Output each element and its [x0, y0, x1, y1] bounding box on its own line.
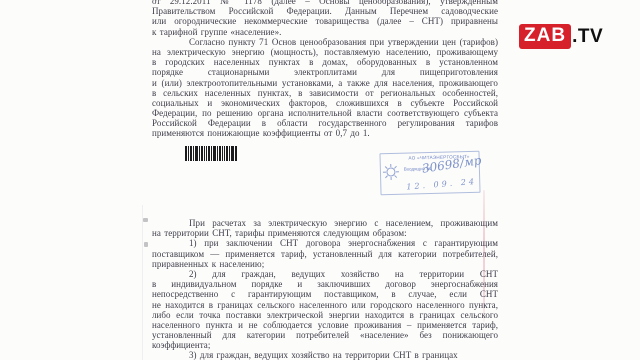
document-text-line: установленный для категории потребителей… [152, 330, 498, 340]
document-text-line: непосредственно с гарантирующим поставщи… [152, 289, 498, 299]
document-text-line: и (или) электроотопительными установками… [152, 78, 498, 88]
document-text-line: поставщиком — применяется тариф, установ… [152, 249, 498, 259]
document-text-line: При расчетах за электрическую энергию с … [152, 218, 498, 228]
document-text-line: в индивидуальном порядке и заключивших д… [152, 279, 498, 289]
document-text-line: применяются понижающие коэффициенты от 0… [152, 128, 498, 138]
document-text-line: Правительством Российской Федерации. Дан… [152, 6, 498, 16]
scan-artifact [143, 218, 148, 222]
document-text-line: или огороднические некоммерческие товари… [152, 16, 498, 26]
document-text-line: не находится в границах сельского населе… [152, 300, 498, 310]
document-text-line: в сельских населенных пунктах, в зависим… [152, 88, 498, 98]
document-text-line: социальных и экономических факторов, сло… [152, 98, 498, 108]
document-text-line: порядке стационарными электроплитами для… [152, 67, 498, 77]
page-edge [142, 205, 143, 360]
document-text-line: либо если точка поставки электрической э… [152, 310, 498, 320]
document-text-line: в городских населенных пунктах в домах, … [152, 57, 498, 67]
incoming-stamp: АО «ЧИТАЭНЕРГОСБЫТ» Входящий № 30698/мр … [379, 151, 480, 196]
document-text-line: населенного пункта и не соблюдается усло… [152, 320, 498, 330]
document-text-line: коэффициента; [152, 340, 498, 350]
stamp-emblem-icon [382, 163, 400, 181]
document-text-line: 1) при заключении СНТ договора энергосна… [152, 238, 498, 248]
document-text-line: на электрическую энергию (мощность), пос… [152, 47, 498, 57]
tv-frame: от 29.12.2011 № 1178 (далее – Основы цен… [0, 0, 640, 360]
document-text-line: Согласно пункту 71 Основ ценообразования… [152, 37, 498, 47]
document-text-line: приравненных к населению; [152, 259, 498, 269]
zabtv-logo-zab: ZAB [519, 24, 571, 49]
zabtv-logo: ZAB.TV [519, 24, 603, 49]
zabtv-logo-tv: .TV [572, 26, 603, 47]
document-text-line: к тарифной группе «население». [152, 27, 498, 37]
document-top-text: от 29.12.2011 № 1178 (далее – Основы цен… [152, 0, 498, 139]
document-bottom-text: При расчетах за электрическую энергию с … [152, 218, 498, 360]
scan-artifact [144, 242, 148, 247]
document-text-line: Российской Федерации в области государст… [152, 118, 498, 128]
document-text-line: 3) для граждан, ведущих хозяйство на тер… [152, 350, 498, 360]
document-text-line: 2) для граждан, ведущих хозяйство на тер… [152, 269, 498, 279]
barcode [185, 146, 238, 161]
document-text-line: Федерации, по решению органа исполнитель… [152, 108, 498, 118]
document-text-line: на территории СНТ, тарифы применяются сл… [152, 228, 498, 238]
